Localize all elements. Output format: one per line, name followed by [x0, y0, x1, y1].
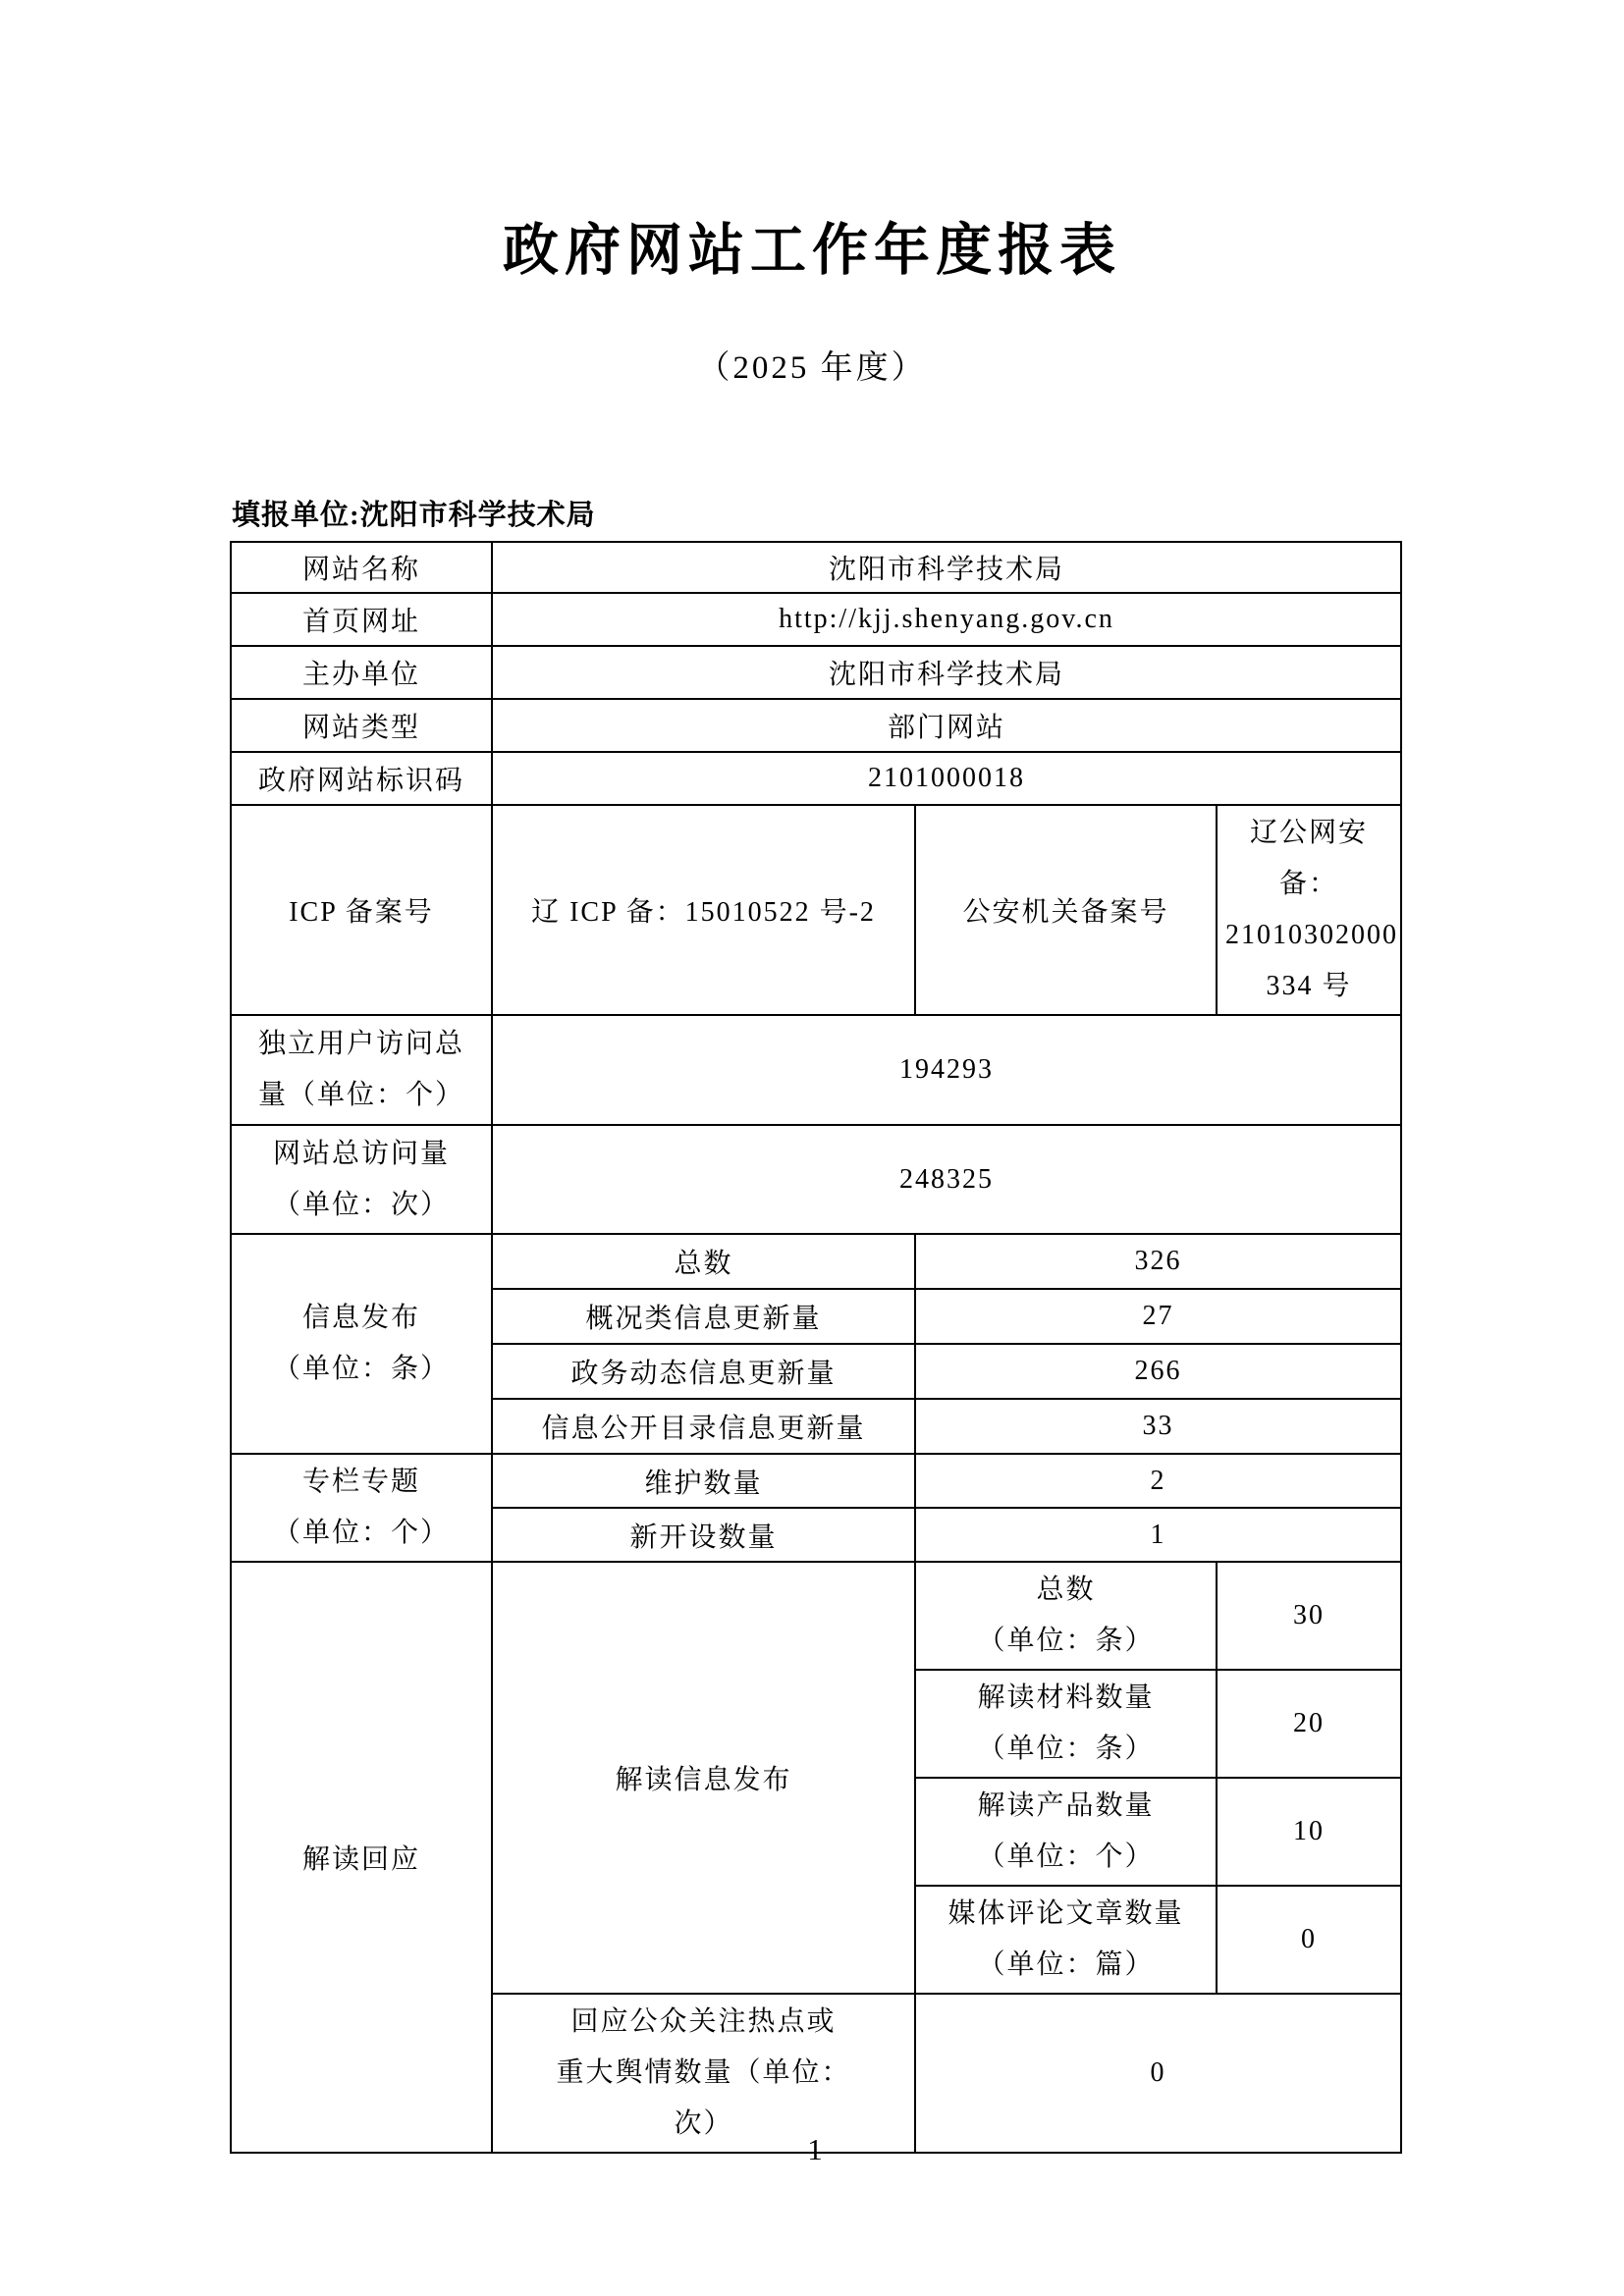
- police-record-label: 公安机关备案号: [915, 805, 1217, 1015]
- annual-report-table: 网站名称 沈阳市科学技术局 首页网址 http://kjj.shenyang.g…: [230, 541, 1402, 2154]
- interpret-product-value: 10: [1217, 1778, 1401, 1886]
- row-special-maintained: 专栏专题 （单位：个） 维护数量 2: [231, 1454, 1401, 1508]
- police-record-value: 辽公网安 备： 21010302000 334 号: [1217, 805, 1401, 1015]
- info-publish-total-label: 总数: [492, 1234, 915, 1289]
- page-number: 1: [230, 2132, 1400, 2167]
- info-publish-overview-label: 概况类信息更新量: [492, 1289, 915, 1344]
- reporting-unit: 填报单位:沈阳市科学技术局: [232, 493, 596, 533]
- site-id-code-label: 政府网站标识码: [231, 752, 492, 805]
- total-visits-value: 248325: [492, 1125, 1401, 1234]
- special-maintained-label: 维护数量: [492, 1454, 915, 1508]
- info-publish-directory-label: 信息公开目录信息更新量: [492, 1399, 915, 1454]
- hotspot-response-label: 回应公众关注热点或 重大舆情数量（单位： 次）: [492, 1994, 915, 2153]
- info-publish-overview-value: 27: [915, 1289, 1401, 1344]
- document-page: 政府网站工作年度报表 （2025 年度） 填报单位:沈阳市科学技术局 网站名称 …: [0, 0, 1624, 2296]
- page-title: 政府网站工作年度报表: [0, 218, 1624, 285]
- page-subtitle: （2025 年度）: [0, 342, 1624, 388]
- row-info-publish-total: 信息发布 （单位：条） 总数 326: [231, 1234, 1401, 1289]
- row-site-name: 网站名称 沈阳市科学技术局: [231, 542, 1401, 593]
- special-maintained-value: 2: [915, 1454, 1401, 1508]
- row-unique-visitors: 独立用户访问总 量（单位：个） 194293: [231, 1015, 1401, 1125]
- site-type-value: 部门网站: [492, 699, 1401, 752]
- row-site-id-code: 政府网站标识码 2101000018: [231, 752, 1401, 805]
- interpret-total-label: 总数 （单位：条）: [915, 1562, 1217, 1670]
- unique-visitors-value: 194293: [492, 1015, 1401, 1125]
- special-new-value: 1: [915, 1508, 1401, 1562]
- site-name-label: 网站名称: [231, 542, 492, 593]
- special-new-label: 新开设数量: [492, 1508, 915, 1562]
- row-site-type: 网站类型 部门网站: [231, 699, 1401, 752]
- organizer-label: 主办单位: [231, 646, 492, 699]
- organizer-value: 沈阳市科学技术局: [492, 646, 1401, 699]
- interpret-material-value: 20: [1217, 1670, 1401, 1778]
- site-id-code-value: 2101000018: [492, 752, 1401, 805]
- home-url-label: 首页网址: [231, 593, 492, 646]
- icp-value: 辽 ICP 备：15010522 号-2: [492, 805, 915, 1015]
- row-total-visits: 网站总访问量 （单位：次） 248325: [231, 1125, 1401, 1234]
- site-name-value: 沈阳市科学技术局: [492, 542, 1401, 593]
- row-interpret-total: 解读回应 解读信息发布 总数 （单位：条） 30: [231, 1562, 1401, 1670]
- site-type-label: 网站类型: [231, 699, 492, 752]
- info-publish-label: 信息发布 （单位：条）: [231, 1234, 492, 1454]
- hotspot-response-value: 0: [915, 1994, 1401, 2153]
- info-publish-total-value: 326: [915, 1234, 1401, 1289]
- icp-label: ICP 备案号: [231, 805, 492, 1015]
- interpret-total-value: 30: [1217, 1562, 1401, 1670]
- special-columns-label: 专栏专题 （单位：个）: [231, 1454, 492, 1562]
- info-publish-dynamic-label: 政务动态信息更新量: [492, 1344, 915, 1399]
- row-organizer: 主办单位 沈阳市科学技术局: [231, 646, 1401, 699]
- info-publish-directory-value: 33: [915, 1399, 1401, 1454]
- unique-visitors-label: 独立用户访问总 量（单位：个）: [231, 1015, 492, 1125]
- row-home-url: 首页网址 http://kjj.shenyang.gov.cn: [231, 593, 1401, 646]
- total-visits-label: 网站总访问量 （单位：次）: [231, 1125, 492, 1234]
- info-publish-dynamic-value: 266: [915, 1344, 1401, 1399]
- interpret-material-label: 解读材料数量 （单位：条）: [915, 1670, 1217, 1778]
- interpret-media-value: 0: [1217, 1886, 1401, 1994]
- interpret-media-label: 媒体评论文章数量 （单位：篇）: [915, 1886, 1217, 1994]
- interpret-product-label: 解读产品数量 （单位：个）: [915, 1778, 1217, 1886]
- home-url-value: http://kjj.shenyang.gov.cn: [492, 593, 1401, 646]
- interpretation-publish-label: 解读信息发布: [492, 1562, 915, 1994]
- interpretation-label: 解读回应: [231, 1562, 492, 2153]
- row-icp: ICP 备案号 辽 ICP 备：15010522 号-2 公安机关备案号 辽公网…: [231, 805, 1401, 1015]
